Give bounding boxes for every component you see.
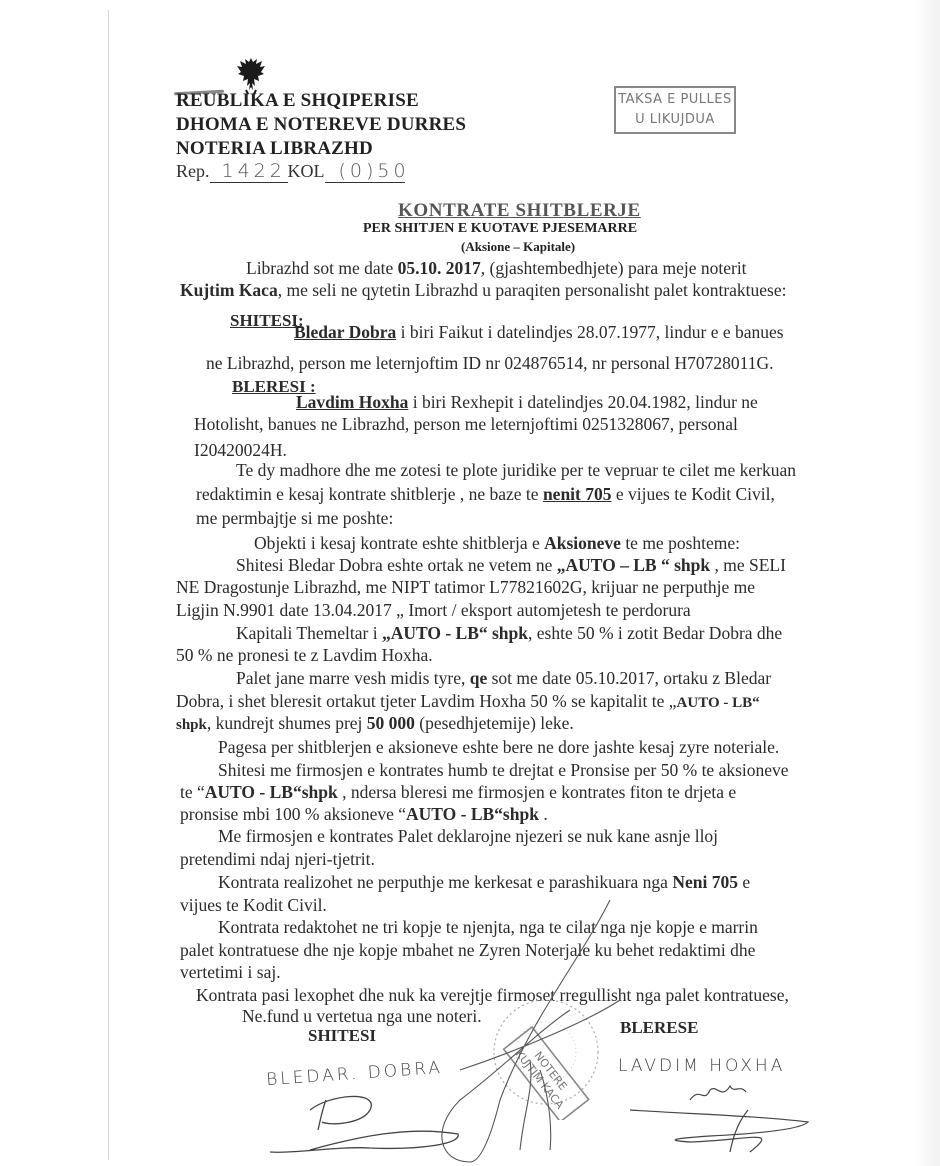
buyer-line-1: Lavdim Hoxha i biri Rexhepit i datelindj…: [296, 392, 758, 413]
notary-name: Kujtim Kaca: [180, 280, 278, 300]
seller-name: Bledar Dobra: [294, 322, 396, 342]
sale-amount: 50 000: [367, 713, 415, 733]
contract-date: 05.10. 2017: [398, 258, 481, 278]
tax-stamp-line2: U LIKUJDUA: [616, 110, 734, 130]
header-republic: REUBLIKA E SHQIPERISE: [176, 90, 419, 112]
tax-stamp-line1: TAKSA E PULLES: [616, 90, 734, 110]
para-declaration-1: Me firmosjen e kontrates Palet deklarojn…: [218, 826, 718, 847]
intro-line-2: Kujtim Kaca, me seli ne qytetin Librazhd…: [180, 280, 787, 301]
document-subtitle: PER SHITJEN E KUOTAVE PJESEMARRE: [363, 221, 637, 237]
page-edge: [108, 10, 109, 1160]
company-name: „AUTO – LB “ shpk: [557, 555, 710, 575]
rep-label: Rep.: [176, 161, 210, 181]
para-compliance-2: vijues te Kodit Civil.: [180, 895, 327, 916]
para-capacity-1: Te dy madhore dhe me zotesi te plote jur…: [236, 460, 796, 481]
kol-number: (0)50: [339, 160, 410, 182]
buyer-handwritten-name: LAVDIM HOXHA: [618, 1056, 785, 1076]
para-capacity-2: redaktimin e kesaj kontrate shitblerje ,…: [196, 484, 775, 505]
para-agreement-3: shpk, kundrejt shumes prej 50 000 (pesed…: [176, 713, 574, 734]
para-agreement-1: Palet jane marre vesh midis tyre, qe sot…: [236, 668, 771, 689]
para-payment: Pagesa per shitblerjen e aksioneve eshte…: [218, 737, 779, 758]
notary-signature-icon: [400, 900, 620, 1166]
para-capacity-3: me permbajtje si me poshte:: [196, 508, 393, 529]
intro-line-1: Librazhd sot me date 05.10. 2017, (gjash…: [246, 258, 747, 279]
rep-number: 1422: [222, 160, 286, 182]
para-capital-2: 50 % ne pronesi te z Lavdim Hoxha.: [176, 645, 433, 666]
buyer-line-3: I20420024H.: [194, 440, 287, 461]
para-rights-2: te “AUTO - LB“shpk , ndersa bleresi me f…: [180, 782, 736, 803]
para-agreement-2: Dobra, i shet bleresit ortakut tjeter La…: [176, 691, 760, 712]
para-copies-3: vertetimi i saj.: [180, 962, 281, 983]
para-declaration-2: pretendimi ndaj njeri-tjetrit.: [180, 849, 375, 870]
seller-line-1: Bledar Dobra i biri Faikut i datelindjes…: [294, 322, 784, 343]
para-company-3: Ligjin N.9901 date 13.04.2017 „ Imort / …: [176, 600, 691, 621]
para-capital-1: Kapitali Themeltar i „AUTO - LB“ shpk, e…: [236, 623, 782, 644]
buyer-line-2: Hotolisht, banues ne Librazhd, person me…: [194, 414, 738, 435]
buyer-signature-label: BLERESE: [620, 1018, 698, 1038]
scan-shadow: [914, 0, 940, 1166]
article-reference: nenit 705: [543, 484, 612, 504]
para-rights-3: pronsise mbi 100 % aksioneve “AUTO - LB“…: [180, 804, 548, 825]
seller-line-2: ne Librazhd, person me leternjoftim ID n…: [206, 353, 774, 374]
para-rights-1: Shitesi me firmosjen e kontrates humb te…: [218, 760, 789, 781]
document-title: KONTRATE SHITBLERJE: [398, 200, 641, 222]
para-compliance-1: Kontrata realizohet ne perputhje me kerk…: [218, 872, 750, 893]
repertory-line: Rep.1422KOL(0)50: [176, 160, 405, 183]
seller-heading: SHITESI:: [230, 311, 304, 331]
kol-label: KOL: [288, 161, 325, 181]
buyer-name: Lavdim Hoxha: [296, 392, 408, 412]
para-company-1: Shitesi Bledar Dobra eshte ortak ne vete…: [236, 555, 786, 576]
document-subsubtitle: (Aksione – Kapitale): [461, 239, 575, 255]
tax-paid-stamp: TAKSA E PULLES U LIKUJDUA: [614, 86, 736, 134]
para-object: Objekti i kesaj kontrate eshte shitblerj…: [254, 533, 740, 554]
seller-signature-label: SHITESI: [308, 1026, 376, 1046]
header-chamber: DHOMA E NOTEREVE DURRES: [176, 114, 466, 136]
header-notary-office: NOTERIA LIBRAZHD: [176, 138, 373, 160]
buyer-signature-icon: [630, 1080, 850, 1160]
para-company-2: NE Dragostunje Librazhd, me NIPT tatimor…: [176, 577, 755, 598]
